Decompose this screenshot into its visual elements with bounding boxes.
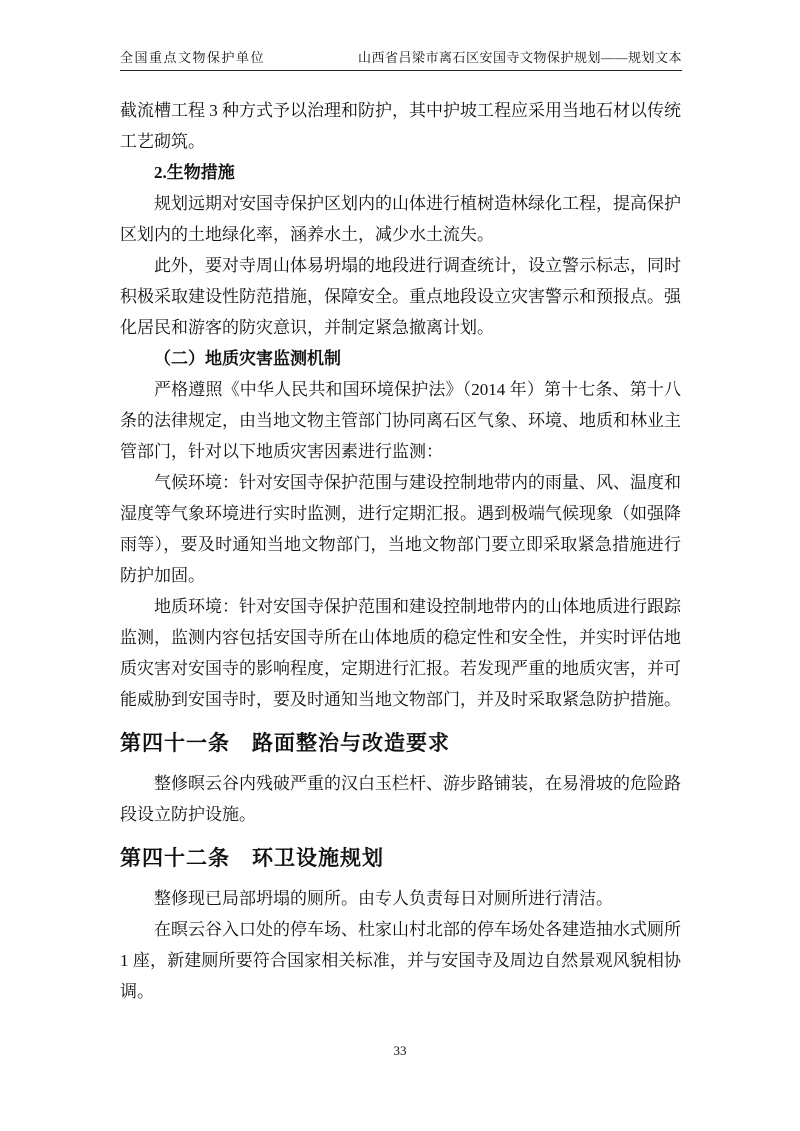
article-heading-42: 第四十二条 环卫设施规划 xyxy=(120,844,681,874)
paragraph: 整修现已局部坍塌的厕所。由专人负责每日对厕所进行清洁。 xyxy=(120,883,681,914)
sub-heading: （二）地质灾害监测机制 xyxy=(120,343,681,374)
paragraph: 规划远期对安国寺保护区划内的山体进行植树造林绿化工程，提高保护区划内的土地绿化率… xyxy=(120,188,681,250)
page-footer: 33 xyxy=(0,1043,800,1059)
paragraph: 气候环境：针对安国寺保护范围与建设控制地带内的雨量、风、温度和湿度等气象环境进行… xyxy=(120,467,681,591)
paragraph: 地质环境：针对安国寺保护范围和建设控制地带内的山体地质进行跟踪监测，监测内容包括… xyxy=(120,591,681,715)
paragraph: 此外，要对寺周山体易坍塌的地段进行调查统计，设立警示标志，同时积极采取建设性防范… xyxy=(120,250,681,343)
paragraph: 在暝云谷入口处的停车场、杜家山村北部的停车场处各建造抽水式厕所 1 座，新建厕所… xyxy=(120,914,681,1007)
document-body: 截流槽工程 3 种方式予以治理和防护，其中护坡工程应采用当地石材以传统工艺砌筑。… xyxy=(120,95,681,1007)
page-header: 全国重点文物保护单位 山西省吕梁市离石区安国寺文物保护规划——规划文本 xyxy=(120,50,682,71)
sub-heading: 2.生物措施 xyxy=(120,157,681,188)
header-right-title: 山西省吕梁市离石区安国寺文物保护规划——规划文本 xyxy=(358,50,682,66)
article-heading-41: 第四十一条 路面整治与改造要求 xyxy=(120,729,681,759)
paragraph: 严格遵照《中华人民共和国环境保护法》（2014 年）第十七条、第十八条的法律规定… xyxy=(120,374,681,467)
paragraph: 截流槽工程 3 种方式予以治理和防护，其中护坡工程应采用当地石材以传统工艺砌筑。 xyxy=(120,95,681,157)
paragraph: 整修暝云谷内残破严重的汉白玉栏杆、游步路铺装，在易滑坡的危险路段设立防护设施。 xyxy=(120,768,681,830)
document-page: 全国重点文物保护单位 山西省吕梁市离石区安国寺文物保护规划——规划文本 截流槽工… xyxy=(0,0,800,1131)
page-number: 33 xyxy=(394,1043,407,1058)
header-left-title: 全国重点文物保护单位 xyxy=(120,50,265,66)
